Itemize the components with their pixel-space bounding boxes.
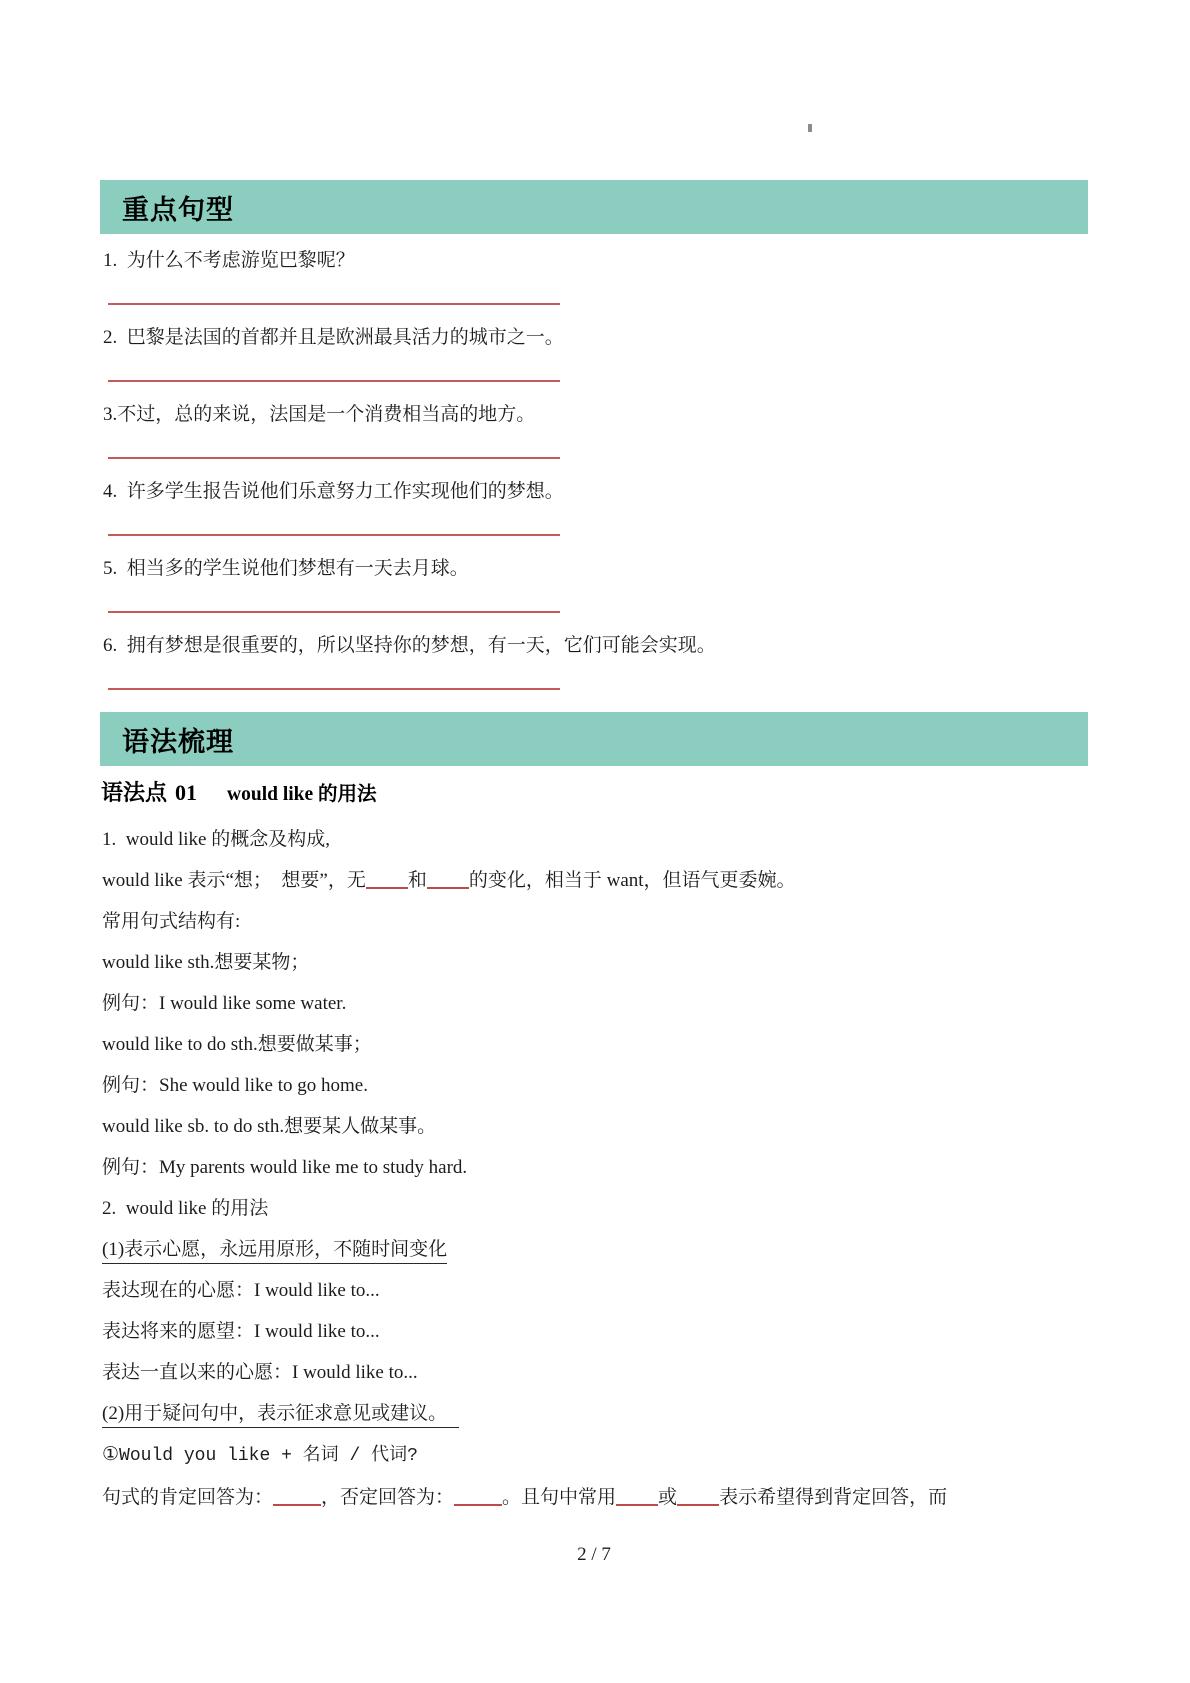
- grammar-point-title: would like 的用法: [227, 784, 377, 805]
- grammar-line-usage-2: (2)用于疑问句中，表示征求意见或建议。: [102, 1403, 1088, 1424]
- fill-blank[interactable]: [427, 871, 469, 889]
- section-title-key-sentences: 重点句型: [122, 188, 234, 227]
- answer-blank-line-3: [108, 457, 560, 459]
- answers-text-d: 或: [658, 1487, 677, 1508]
- scan-speck-artifact: [808, 124, 812, 132]
- grammar-line-pattern-2: would like to do sth.想要做某事；: [102, 1034, 1088, 1055]
- usage-2-underlined-text: (2)用于疑问句中，表示征求意见或建议。: [102, 1403, 459, 1428]
- sentence-item-1: 1. 为什么不考虑游览巴黎呢？: [103, 250, 1088, 271]
- sentence-item-6: 6. 拥有梦想是很重要的，所以坚持你的梦想，有一天，它们可能会实现。: [103, 635, 1088, 656]
- definition-text-a: would like 表示“想； 想要”，无: [102, 870, 366, 891]
- grammar-line-example-3: 例句：My parents would like me to study har…: [102, 1157, 1088, 1178]
- section-title-grammar: 语法梳理: [122, 720, 234, 759]
- grammar-line-pattern-1: would like sth.想要某物；: [102, 952, 1088, 973]
- answer-blank-line-2: [108, 380, 560, 382]
- fill-blank[interactable]: [454, 1488, 502, 1506]
- circled-number-1: ①: [102, 1444, 119, 1465]
- grammar-line-wish-future: 表达将来的愿望：I would like to...: [102, 1321, 1088, 1342]
- answer-blank-line-1: [108, 303, 560, 305]
- section-header-grammar: 语法梳理: [100, 712, 1088, 766]
- answer-blank-line-5: [108, 611, 560, 613]
- key-sentences-list: 1. 为什么不考虑游览巴黎呢？ 2. 巴黎是法国的首都并且是欧洲最具活力的城市之…: [100, 250, 1088, 690]
- grammar-point-number: 01: [175, 780, 197, 805]
- section-header-key-sentences: 重点句型: [100, 180, 1088, 234]
- grammar-body: 1. would like 的概念及构成, would like 表示“想； 想…: [100, 829, 1088, 1508]
- grammar-line-usage-heading: 2. would like 的用法: [102, 1198, 1088, 1219]
- answers-text-a: 句式的肯定回答为：: [102, 1487, 273, 1508]
- sentence-item-2: 2. 巴黎是法国的首都并且是欧洲最具活力的城市之一。: [103, 327, 1088, 348]
- fill-blank[interactable]: [273, 1488, 321, 1506]
- grammar-line-structures-intro: 常用句式结构有:: [102, 911, 1088, 932]
- answer-blank-line-6: [108, 688, 560, 690]
- sentence-item-5: 5. 相当多的学生说他们梦想有一天去月球。: [103, 558, 1088, 579]
- answers-text-c: 。且句中常用: [502, 1487, 616, 1508]
- fill-blank[interactable]: [677, 1488, 719, 1506]
- definition-text-b: 和: [408, 870, 427, 891]
- grammar-point-label: 语法点: [101, 780, 167, 805]
- grammar-line-pattern-3: would like sb. to do sth.想要某人做某事。: [102, 1116, 1088, 1137]
- grammar-line-example-2: 例句：She would like to go home.: [102, 1075, 1088, 1096]
- page-content: 重点句型 1. 为什么不考虑游览巴黎呢？ 2. 巴黎是法国的首都并且是欧洲最具活…: [100, 180, 1088, 1566]
- sentence-item-4: 4. 许多学生报告说他们乐意努力工作实现他们的梦想。: [103, 481, 1088, 502]
- usage-1-underlined-text: (1)表示心愿，永远用原形，不随时间变化: [102, 1239, 447, 1264]
- grammar-line-answers: 句式的肯定回答为：，否定回答为：。且句中常用或表示希望得到背定回答，而: [102, 1487, 1088, 1508]
- grammar-line-wish-always: 表达一直以来的心愿：I would like to...: [102, 1362, 1088, 1383]
- grammar-line-wish-now: 表达现在的心愿：I would like to...: [102, 1280, 1088, 1301]
- grammar-point-heading: 语法点 01 would like 的用法: [101, 780, 1088, 809]
- fill-blank[interactable]: [616, 1488, 658, 1506]
- definition-text-c: 的变化，相当于 want，但语气更委婉。: [469, 870, 796, 891]
- fill-blank[interactable]: [366, 871, 408, 889]
- page-number: 2 / 7: [100, 1544, 1088, 1566]
- grammar-line-definition: would like 表示“想； 想要”，无和的变化，相当于 want，但语气更…: [102, 870, 1088, 891]
- answers-text-b: ，否定回答为：: [321, 1487, 454, 1508]
- grammar-line-example-1: 例句：I would like some water.: [102, 993, 1088, 1014]
- grammar-line-question-form: ①Would you like + 名词 / 代词?: [102, 1444, 1088, 1467]
- grammar-line-usage-1: (1)表示心愿，永远用原形，不随时间变化: [102, 1239, 1088, 1260]
- answer-blank-line-4: [108, 534, 560, 536]
- grammar-line-concept: 1. would like 的概念及构成,: [102, 829, 1088, 850]
- answers-text-e: 表示希望得到背定回答，而: [719, 1487, 947, 1508]
- question-form-text: Would you like + 名词 / 代词?: [119, 1446, 418, 1466]
- sentence-item-3: 3.不过，总的来说，法国是一个消费相当高的地方。: [103, 404, 1088, 425]
